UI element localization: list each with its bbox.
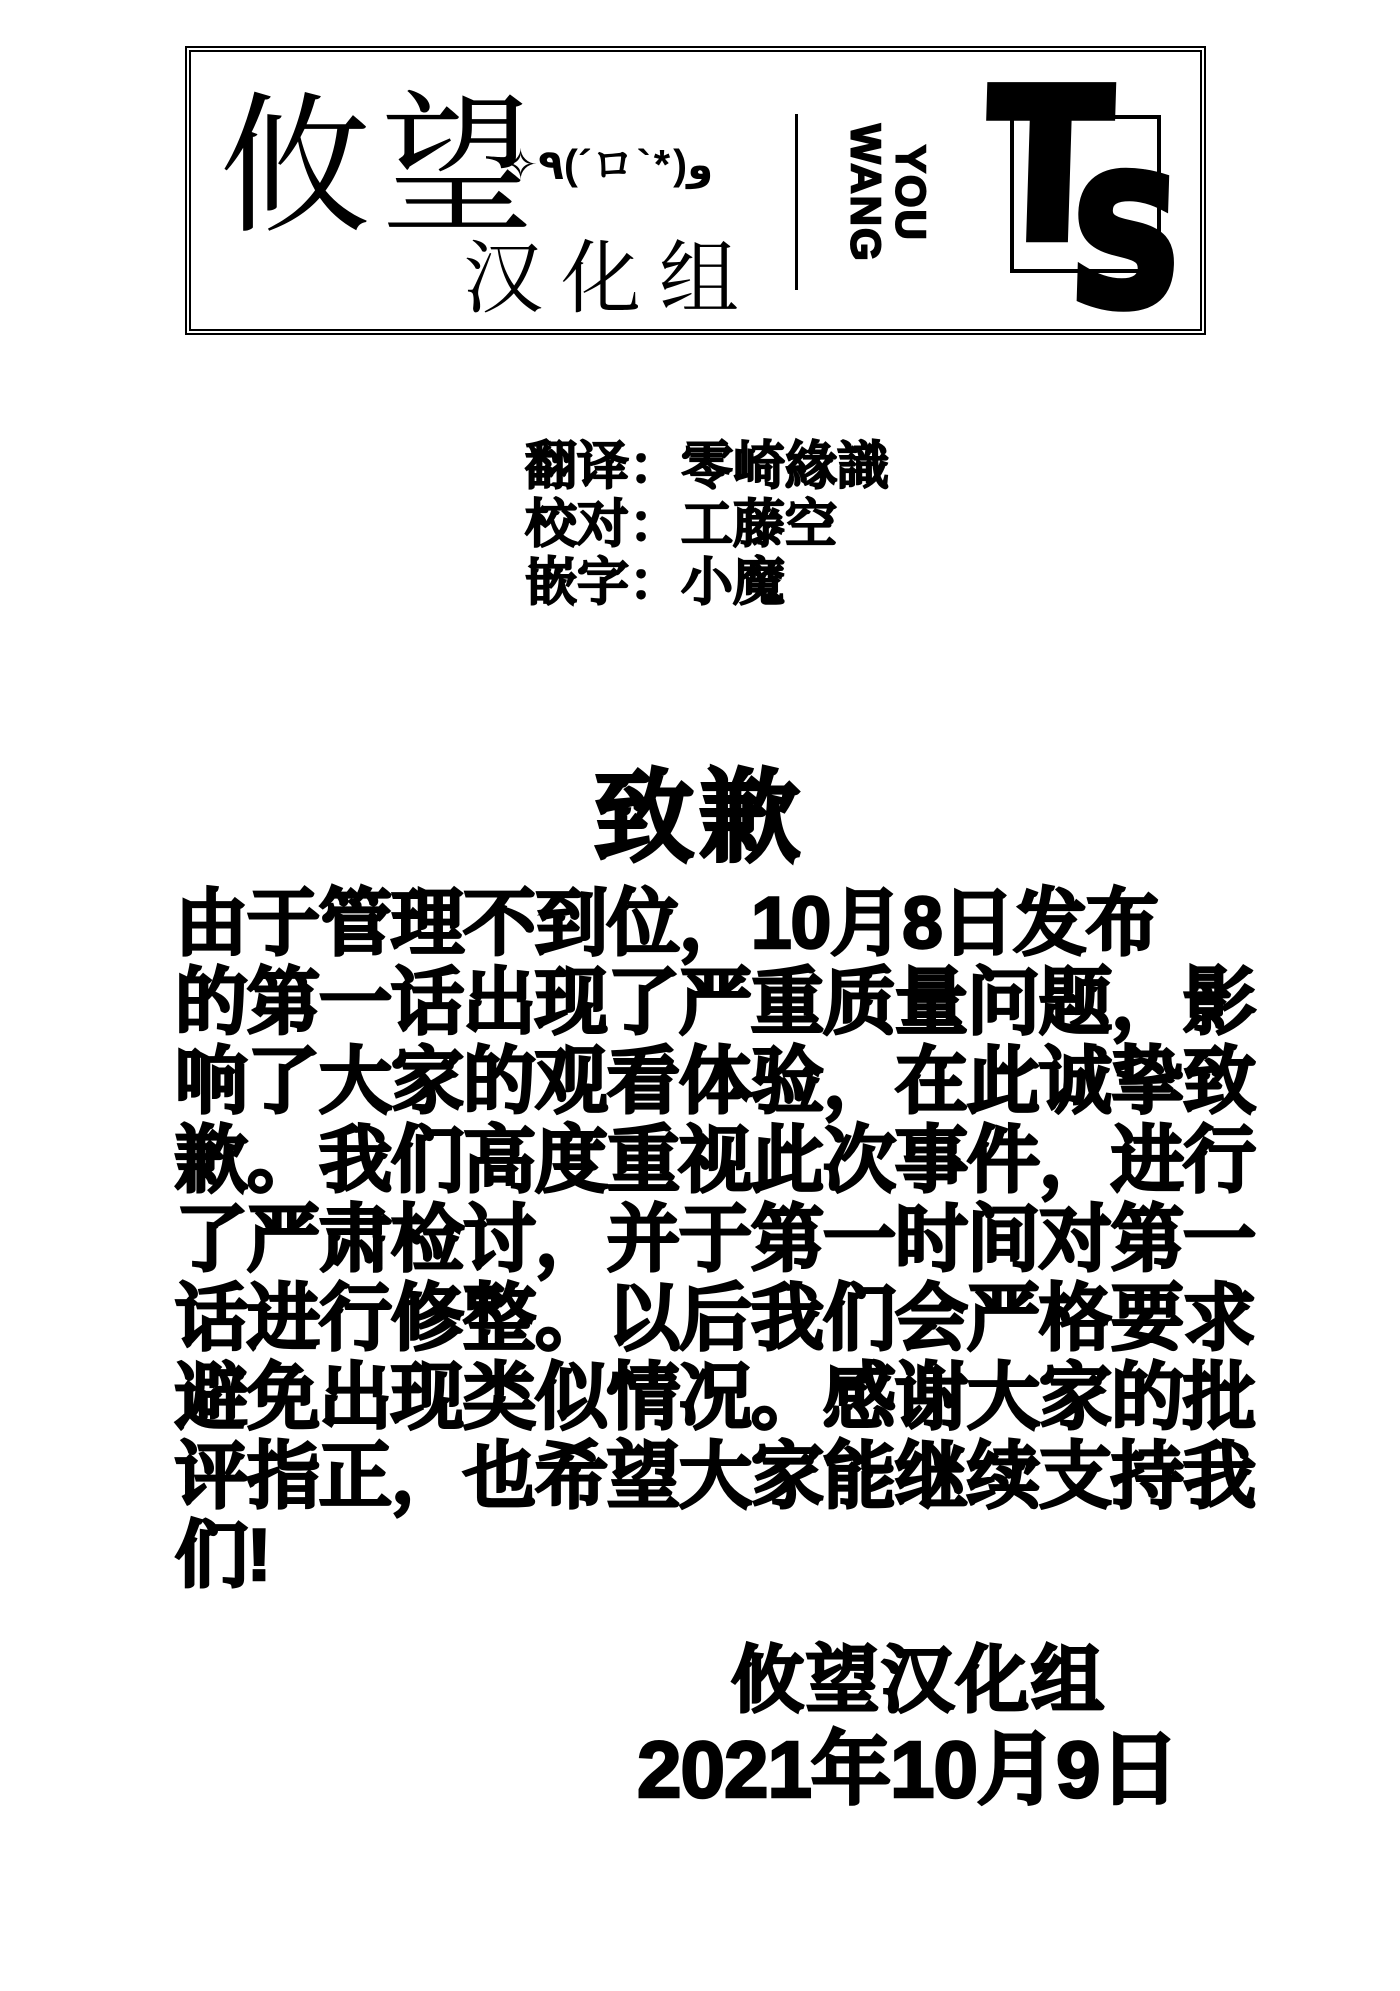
logo-divider [795,114,798,290]
romanized-line-you: YOU [888,124,933,263]
credit-role: 嵌字 [525,554,629,612]
apology-line: 评指正，也希望大家能继续支持我 [175,1437,1275,1516]
credit-role: 校对 [525,496,629,554]
apology-line: 由于管理不到位，10月8日发布 [175,884,1275,963]
apology-line: 了严肃检讨，并于第一时间对第一 [175,1200,1275,1279]
apology-title: 致歉 [0,768,1400,868]
kaomoji-decoration: ✧٩(´ロ`*)و [503,144,713,186]
credits-list: 翻译：零崎緣識 校对：工藤空 嵌字：小魔 [525,438,889,612]
credit-separator: ： [629,554,681,612]
scanlation-group-logo: 攸望 ✧٩(´ロ`*)و 汉化组 YOU WANG T S [185,46,1206,335]
ts-monogram-letter-s: S [1068,154,1185,332]
credit-separator: ： [629,496,681,554]
group-name-sub: 汉化组 [463,240,757,320]
credit-row-proofreading: 校对：工藤空 [525,496,889,554]
apology-line: 话进行修整。以后我们会严格要求 [175,1279,1275,1358]
credit-name: 小魔 [681,554,785,612]
apology-line: 们! [175,1516,1275,1595]
romanized-line-wang: WANG [843,124,888,263]
apology-line: 歉。我们高度重视此次事件，进行 [175,1121,1275,1200]
credit-name: 零崎緣識 [681,438,889,496]
signature-group-name: 攸望汉化组 [731,1644,1106,1717]
apology-line: 避免出现类似情况。感谢大家的批 [175,1358,1275,1437]
credit-role: 翻译 [525,438,629,496]
apology-page: 攸望 ✧٩(´ロ`*)و 汉化组 YOU WANG T S 翻译：零崎緣識 校对… [0,0,1400,1991]
group-name-main: 攸望 [219,92,543,244]
credit-separator: ： [629,438,681,496]
romanized-text-rotated: YOU WANG [843,124,934,263]
apology-body: 由于管理不到位，10月8日发布 的第一话出现了严重质量问题，影 响了大家的观看体… [175,884,1275,1595]
credit-row-translation: 翻译：零崎緣識 [525,438,889,496]
apology-line: 的第一话出现了严重质量问题，影 [175,963,1275,1042]
group-name-romanized: YOU WANG [809,94,967,292]
apology-line: 响了大家的观看体验，在此诚挚致 [175,1042,1275,1121]
credit-row-typesetting: 嵌字：小魔 [525,554,889,612]
credit-name: 工藤空 [681,496,837,554]
signature-date: 2021年10月9日 [637,1730,1178,1810]
